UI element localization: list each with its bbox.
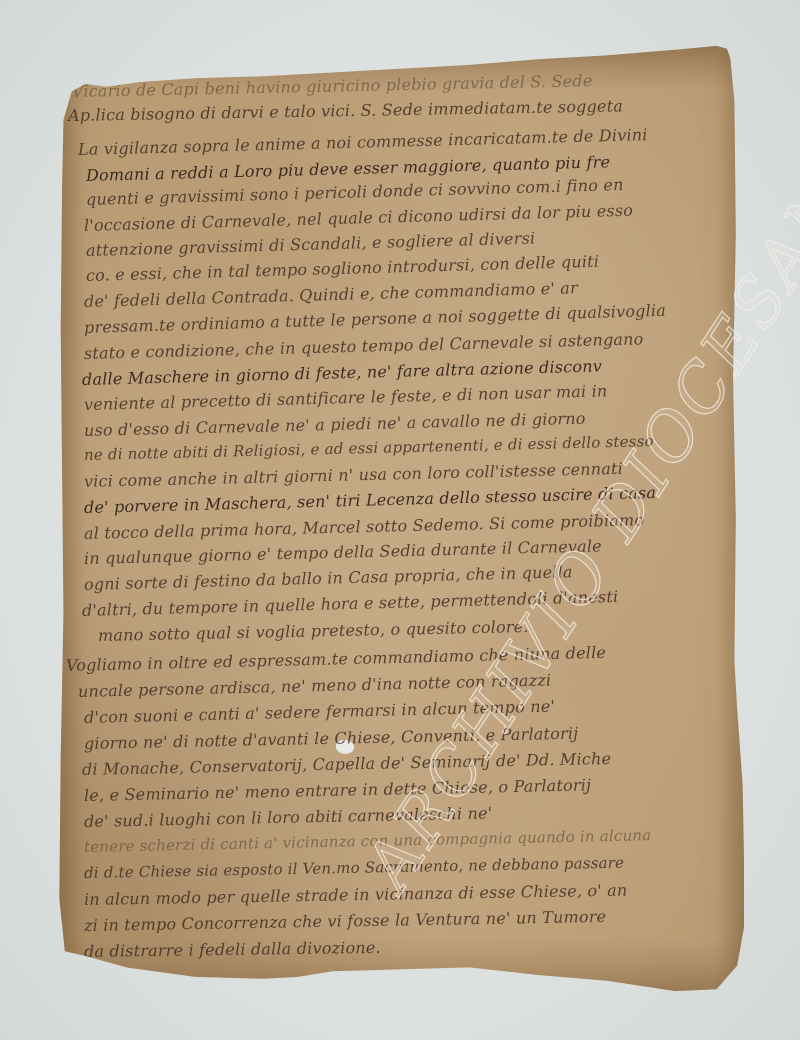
manuscript-line: di d.te Chiese sia esposto il Ven.mo Sac… <box>84 854 625 882</box>
manuscript-line: mano sotto qual si voglia pretesto, o qu… <box>98 617 529 645</box>
manuscript-line: tenere scherzi di canti a' vicinanza con… <box>84 826 652 856</box>
manuscript-line: Ap.lica bisogno di darvi e talo vici. S.… <box>68 96 623 125</box>
manuscript-line: d'con suoni e canti a' sedere fermarsi i… <box>84 696 555 727</box>
manuscript-line: le, e Seminario ne' meno entrare in dett… <box>84 775 592 805</box>
manuscript-line: di Monache, Conservatorij, Capella de' S… <box>82 749 612 779</box>
manuscript-line: da distrarre i fedeli dalla divozione. <box>84 938 381 961</box>
manuscript-line: in alcun modo per quelle strade in vicin… <box>84 881 628 909</box>
manuscript-line: Vicario de Capi beni havino giuricino pl… <box>72 71 593 101</box>
manuscript-line: giorno ne' di notte d'avanti le Chiese, … <box>84 724 579 753</box>
handwritten-text: Vicario de Capi beni havino giuricino pl… <box>58 44 744 994</box>
manuscript-line: de' sud.i luoghi con li loro abiti carne… <box>84 803 493 831</box>
manuscript-line: uncale persone ardisca, ne' meno d'ina n… <box>78 670 552 701</box>
manuscript-page: Vicario de Capi beni havino giuricino pl… <box>58 44 744 994</box>
document-photo: Vicario de Capi beni havino giuricino pl… <box>0 0 800 1040</box>
manuscript-line: zi in tempo Concorrenza che vi fosse la … <box>84 907 607 935</box>
